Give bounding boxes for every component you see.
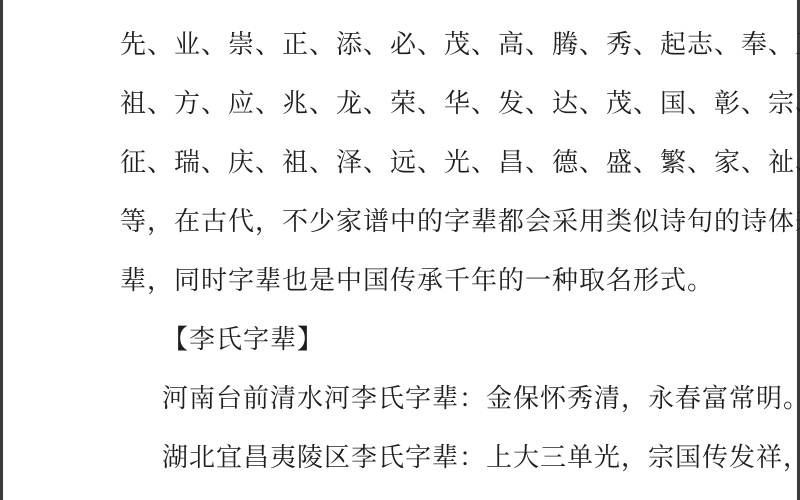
surname-entry: 湖北宜昌夷陵区李氏字辈：上大三单光，宗国传发祥，华堂开 xyxy=(120,438,690,497)
text-line: 辈，同时字辈也是中国传承千年的一种取名形式。 xyxy=(120,261,690,320)
text-line: 等，在古代，不少家谱中的字辈都会采用类似诗句的诗体来记录排 xyxy=(120,202,690,261)
document-body: 先、业、崇、正、添、必、茂、高、腾、秀、起志、奉、正、宗、 祖、方、应、兆、龙、… xyxy=(120,25,690,497)
text-line: 先、业、崇、正、添、必、茂、高、腾、秀、起志、奉、正、宗、 xyxy=(120,25,690,84)
surname-entry: 河南台前清水河李氏字辈：金保怀秀清，永春富常明。 xyxy=(120,379,690,438)
document-page: 先、业、崇、正、添、必、茂、高、腾、秀、起志、奉、正、宗、 祖、方、应、兆、龙、… xyxy=(0,0,800,500)
section-heading: 【李氏字辈】 xyxy=(120,320,690,379)
text-line: 征、瑞、庆、祖、泽、远、光、昌、德、盛、繁、家、祉、修” xyxy=(120,143,690,202)
text-line: 祖、方、应、兆、龙、荣、华、发、达、茂、国、彰、宗、荣、 xyxy=(120,84,690,143)
page-border-left xyxy=(0,0,3,500)
